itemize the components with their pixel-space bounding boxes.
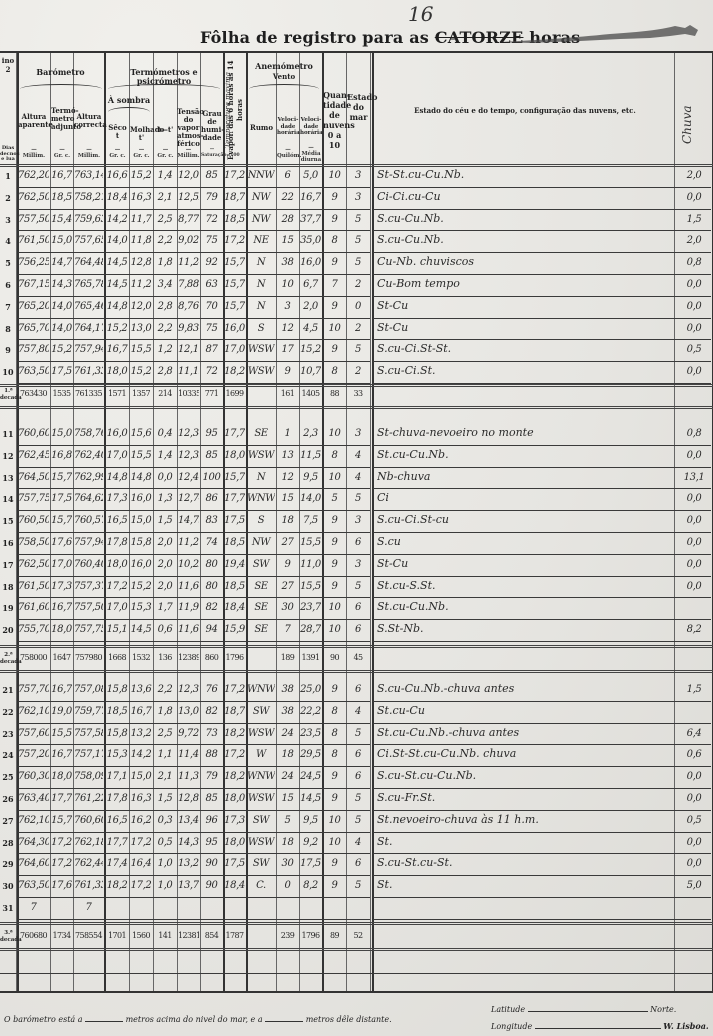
cell-vapor: 13,79 xyxy=(178,879,199,893)
cell-bar-app: 764,60 xyxy=(18,857,49,871)
cell-vel-avg: 35,0 xyxy=(300,234,321,248)
cell-vapor: 12,34 xyxy=(178,427,199,441)
cell-clouds: 9 xyxy=(324,343,345,357)
decade2-summary-hum: 860 xyxy=(201,652,222,664)
header-bottom-border xyxy=(0,164,713,167)
cell-rumo: WNW xyxy=(247,492,275,506)
latitude-label: Latitude xyxy=(491,1005,525,1014)
cell-bar-t: 15,7 xyxy=(51,471,72,485)
cell-diff: 1,8 xyxy=(154,256,176,270)
decade2-summary-dry: 1668 xyxy=(106,652,128,664)
row-rule xyxy=(373,510,711,511)
cell-vel: 9 xyxy=(277,365,298,379)
cell-evap: 17,5 xyxy=(224,514,245,528)
cell-rumo: WSW xyxy=(247,792,275,806)
cell-hum: 80 xyxy=(201,580,222,594)
unit-km: — Quilóm. xyxy=(277,147,299,159)
cell-diff: 2,5 xyxy=(154,213,176,227)
sky-description: S.cu-Cu.Nb. xyxy=(377,233,667,247)
cell-diff: 0,0 xyxy=(154,471,176,485)
cell-vel-avg: 2,0 xyxy=(300,300,321,314)
cell-dry: 14,5 xyxy=(106,256,128,270)
longitude-blank[interactable] xyxy=(535,1020,661,1029)
cell-dry: 15,1 xyxy=(106,623,128,637)
row-rule xyxy=(373,853,711,854)
row-rule xyxy=(373,597,711,598)
cell-vapor: 7,88 xyxy=(178,278,199,292)
cell-bar-corr: 762,99 xyxy=(74,471,103,485)
cell-diff: 2,5 xyxy=(154,727,176,741)
cell-hum: 88 xyxy=(201,748,222,762)
decade3-summary-dry: 1701 xyxy=(106,930,128,942)
decade3-summary-rule xyxy=(0,948,713,951)
cell-bar-t: 14,3 xyxy=(51,278,72,292)
cell-evap: 16,0 xyxy=(224,322,245,336)
cell-diff: 1,8 xyxy=(154,705,176,719)
cell-dry: 15,8 xyxy=(106,683,128,697)
cell-hum: 70 xyxy=(201,300,222,314)
day-number: 30 xyxy=(0,880,16,892)
register-table: ino2Dias decnos e luaBarómetroAltura apa… xyxy=(0,51,713,993)
cell-rumo: WNW xyxy=(247,683,275,697)
longitude-line: Longitude W. Lisboa. xyxy=(491,1020,709,1031)
cell-wet: 17,2 xyxy=(130,879,152,893)
cell-vel: 38 xyxy=(277,705,298,719)
cell-vel: 12 xyxy=(277,471,298,485)
decade1-summary-vel-avg: 1405 xyxy=(300,388,321,400)
cell-hum: 86 xyxy=(201,492,222,506)
cell-bar-t: 16,7 xyxy=(51,683,72,697)
rain-amount: 0,0 xyxy=(676,492,712,506)
cell-vapor: 12,17 xyxy=(178,343,199,357)
cell-hum: 100 xyxy=(201,471,222,485)
cell-wet: 15,2 xyxy=(130,169,152,183)
sky-description: S.cu-Fr.St. xyxy=(377,791,667,805)
cell-sea: 2 xyxy=(347,322,369,336)
row-rule xyxy=(18,832,370,833)
cell-evap: 18,5 xyxy=(224,580,245,594)
cell-clouds: 10 xyxy=(324,471,345,485)
cell-vel-avg: 16,7 xyxy=(300,191,321,205)
cell-hum: 90 xyxy=(201,879,222,893)
cell-dry: 14,2 xyxy=(106,213,128,227)
decade3-summary-hum: 854 xyxy=(201,930,222,942)
cell-evap: 17,7 xyxy=(224,492,245,506)
cell-rumo: SW xyxy=(247,814,275,828)
latitude-line: Latitude Norte. xyxy=(491,1003,676,1014)
cell-bar-app: 757,60 xyxy=(18,727,49,741)
cell-dry: 15,8 xyxy=(106,727,128,741)
cell-bar-app: 761,50 xyxy=(18,580,49,594)
cell-diff: 1,2 xyxy=(154,343,176,357)
row-rule xyxy=(373,897,711,898)
decade2-summary-bar-corr: 757980 xyxy=(74,652,103,664)
cell-bar-t: 17,2 xyxy=(51,836,72,850)
cell-bar-app: 765,20 xyxy=(18,300,49,314)
rain-amount: 0,0 xyxy=(676,836,712,850)
row-rule xyxy=(373,274,711,275)
cell-wet: 14,2 xyxy=(130,748,152,762)
cell-clouds: 9 xyxy=(324,256,345,270)
cell-hum: 82 xyxy=(201,601,222,615)
cell-sea: 6 xyxy=(347,623,369,637)
cell-bar-t: 18,5 xyxy=(51,191,72,205)
cell-hum: 72 xyxy=(201,213,222,227)
cell-rumo: N xyxy=(247,471,275,485)
cell-bar-t: 14,0 xyxy=(51,322,72,336)
cell-clouds: 10 xyxy=(324,623,345,637)
row-rule xyxy=(373,230,711,231)
row-rule xyxy=(18,766,370,767)
cloud-amount-header: Quan-tidade de nuvens 0 a 10 xyxy=(323,90,346,150)
cell-bar-t: 19,0 xyxy=(51,705,72,719)
decade3-summary-vel-avg: 1796 xyxy=(300,930,321,942)
cell-vel: 18 xyxy=(277,514,298,528)
decade2-summary-vel-avg: 1391 xyxy=(300,652,321,664)
cell-wet: 15,0 xyxy=(130,514,152,528)
cell-hum: 96 xyxy=(201,814,222,828)
cell-vel: 15 xyxy=(277,234,298,248)
rain-amount: 0,8 xyxy=(676,427,712,441)
cell-rumo: NW xyxy=(247,213,275,227)
days-label: Dias decnos e lua xyxy=(0,146,16,163)
cell-vel-avg: 8,2 xyxy=(300,879,321,893)
decade1-summary-diff: 214 xyxy=(154,388,176,400)
cell-vel-avg: 15,5 xyxy=(300,580,321,594)
decade1-summary-label: 1.ª decada xyxy=(0,388,17,401)
cell-bar-app: 756,25 xyxy=(18,256,49,270)
row-rule xyxy=(373,832,711,833)
cell-bar-corr: 759,63 xyxy=(74,213,103,227)
cell-vel-avg: 11,5 xyxy=(300,449,321,463)
cell-dry: 15,2 xyxy=(106,322,128,336)
day-number: 19 xyxy=(0,602,16,614)
cell-vel: 18 xyxy=(277,836,298,850)
sky-description: S.cu-St.cu-St. xyxy=(377,856,667,870)
cell-wet: 15,5 xyxy=(130,449,152,463)
decade3-summary-clouds: 89 xyxy=(324,930,345,942)
cell-clouds: 8 xyxy=(324,705,345,719)
cell-dry: 16,7 xyxy=(106,343,128,357)
cell-vapor: 9,72 xyxy=(178,727,199,741)
cell-clouds: 9 xyxy=(324,683,345,697)
day-number: 31 xyxy=(0,902,16,914)
cell-vel-avg: 14,0 xyxy=(300,492,321,506)
cell-diff: 1,3 xyxy=(154,492,176,506)
cell-sea: 5 xyxy=(347,234,369,248)
cell-dry: 17,2 xyxy=(106,580,128,594)
cell-bar-t: 16,7 xyxy=(51,169,72,183)
cell-vapor: 12,89 xyxy=(178,792,199,806)
cell-diff: 2,1 xyxy=(154,770,176,784)
cell-bar-corr: 762,18 xyxy=(74,836,103,850)
cell-vel-avg: 25,0 xyxy=(300,683,321,697)
cell-bar-corr: 758,21 xyxy=(74,191,103,205)
cell-bar-app: 758,50 xyxy=(18,536,49,550)
cell-clouds: 10 xyxy=(324,427,345,441)
cell-clouds: 9 xyxy=(324,558,345,572)
cell-bar-app: 757,50 xyxy=(18,213,49,227)
sky-description: St. xyxy=(377,878,667,892)
cell-wet: 14,8 xyxy=(130,471,152,485)
cell-evap: 15,7 xyxy=(224,300,245,314)
cell-vapor: 11,40 xyxy=(178,748,199,762)
cell-bar-t: 16,7 xyxy=(51,748,72,762)
sky-description: St-St.cu-Cu.Nb. xyxy=(377,168,667,182)
cell-dry: 17,1 xyxy=(106,770,128,784)
cell-vapor: 14,73 xyxy=(178,514,199,528)
humidity-header: Grau de humi-dade xyxy=(201,110,223,142)
cell-vel-avg: 6,7 xyxy=(300,278,321,292)
cell-vel: 9 xyxy=(277,558,298,572)
decade2-summary-clouds: 90 xyxy=(324,652,345,664)
row-rule xyxy=(373,467,711,468)
unit-daily-mean: — Média diurna xyxy=(300,145,322,163)
cell-vel-avg: 7,5 xyxy=(300,514,321,528)
cell-vel: 38 xyxy=(277,256,298,270)
row-rule xyxy=(18,641,370,642)
year-label-top: ino xyxy=(0,57,16,65)
cell-vapor: 13,29 xyxy=(178,857,199,871)
barometer-distance-blank[interactable] xyxy=(265,1013,303,1022)
cell-sea: 4 xyxy=(347,449,369,463)
row-rule xyxy=(373,810,711,811)
row-rule xyxy=(373,318,711,319)
decade3-summary-diff: 141 xyxy=(154,930,176,942)
cell-vel-avg: 37,7 xyxy=(300,213,321,227)
cell-hum: 79 xyxy=(201,770,222,784)
unit-millim: — Millim. xyxy=(18,147,50,159)
cell-hum: 63 xyxy=(201,278,222,292)
cell-wet: 16,0 xyxy=(130,492,152,506)
sky-description: Cu-Nb. chuviscos xyxy=(377,255,667,269)
row-rule xyxy=(373,766,711,767)
cell-vel-avg: 24,5 xyxy=(300,770,321,784)
cell-vapor: 12,33 xyxy=(178,449,199,463)
cell-sea: 5 xyxy=(347,256,369,270)
cell-dry: 18,4 xyxy=(106,191,128,205)
cell-clouds: 10 xyxy=(324,169,345,183)
sky-description: St-chuva-nevoeiro no monte xyxy=(377,426,667,440)
day-number: 14 xyxy=(0,493,16,505)
cell-diff: 2,0 xyxy=(154,536,176,550)
barometer-note-mid: metros acima do nivel do mar, e a xyxy=(126,1015,263,1024)
cell-diff: 0,4 xyxy=(154,427,176,441)
cell-diff: 2,8 xyxy=(154,365,176,379)
cell-vapor: 9,02 xyxy=(178,234,199,248)
cell-sea: 2 xyxy=(347,365,369,379)
decade1-summary-bar-app: 763430 xyxy=(18,388,49,400)
title-prefix: Fôlha de registro para as xyxy=(200,28,429,47)
cell-bar-t: 15,5 xyxy=(51,727,72,741)
cell-dry: 14,0 xyxy=(106,234,128,248)
latitude-blank[interactable] xyxy=(528,1003,648,1012)
cell-rumo: N xyxy=(247,300,275,314)
row-rule xyxy=(373,744,711,745)
rain-amount: 8,2 xyxy=(676,623,712,637)
row-rule xyxy=(373,875,711,876)
sky-description: S.St-Nb. xyxy=(377,622,667,636)
cell-hum: 85 xyxy=(201,449,222,463)
cell-vel: 30 xyxy=(277,857,298,871)
row-rule xyxy=(18,445,370,446)
cell-sea: 3 xyxy=(347,191,369,205)
barometer-corrected-header: Altura correcta xyxy=(74,113,104,129)
cell-vel-avg: 4,5 xyxy=(300,322,321,336)
row-rule xyxy=(373,619,711,620)
cell-evap: 17,2 xyxy=(224,683,245,697)
cell-clouds: 9 xyxy=(324,792,345,806)
column-divider xyxy=(370,51,371,993)
cell-rumo: S xyxy=(247,514,275,528)
cell-evap: 18,4 xyxy=(224,601,245,615)
cell-bar-t: 17,7 xyxy=(51,792,72,806)
cell-bar-corr: 757,58 xyxy=(74,727,103,741)
cell-bar-corr: 757,08 xyxy=(74,683,103,697)
decade3-summary-bar-t: 1734 xyxy=(51,930,72,942)
day-number: 9 xyxy=(0,344,16,356)
cell-bar-app: 761,60 xyxy=(18,601,49,615)
cell-diff: 1,4 xyxy=(154,449,176,463)
unit-grc: — Gr. c. xyxy=(106,147,129,159)
sky-state-header: Estado do céu e do tempo, configuração d… xyxy=(380,107,670,115)
cell-sea: 6 xyxy=(347,770,369,784)
sky-description: St.cu-S.St. xyxy=(377,579,667,593)
cell-bar-corr: 761,33 xyxy=(74,879,103,893)
cell-wet: 13,6 xyxy=(130,683,152,697)
cell-vel: 5 xyxy=(277,814,298,828)
cell-vel: 24 xyxy=(277,727,298,741)
row-rule xyxy=(373,919,711,920)
cell-rumo: N xyxy=(247,278,275,292)
decade3-top-rule xyxy=(0,922,713,925)
rain-amount: 0,6 xyxy=(676,748,712,762)
cell-sea: 4 xyxy=(347,471,369,485)
sky-description: S.cu-Cu.Nb. xyxy=(377,212,667,226)
row-rule xyxy=(18,467,370,468)
cell-vel-avg: 22,2 xyxy=(300,705,321,719)
row-rule xyxy=(373,701,711,702)
cell-vel: 28 xyxy=(277,213,298,227)
cell-vel-avg: 9,5 xyxy=(300,814,321,828)
cell-hum: 79 xyxy=(201,191,222,205)
cell-evap: 18,7 xyxy=(224,191,245,205)
longitude-suffix: W. Lisboa. xyxy=(663,1021,708,1031)
sky-description: St-Cu xyxy=(377,321,667,335)
decade2-summary-rule xyxy=(0,670,713,673)
cell-rumo: S xyxy=(247,322,275,336)
cell-bar-corr: 759,77 xyxy=(74,705,103,719)
cell-evap: 18,7 xyxy=(224,705,245,719)
row-rule xyxy=(18,554,370,555)
decade2-summary-vapor: 12389 xyxy=(178,652,199,664)
wet-bulb-header: Molhado t' xyxy=(130,126,153,142)
sky-description: Ci xyxy=(377,491,667,505)
cell-dry: 18,0 xyxy=(106,365,128,379)
barometer-thermo-header: Termó-metro adjunto xyxy=(51,107,73,131)
decade2-summary-sea: 45 xyxy=(347,652,369,664)
cell-wet: 15,2 xyxy=(130,365,152,379)
cell-clouds: 10 xyxy=(324,322,345,336)
cell-bar-app: 757,20 xyxy=(18,748,49,762)
cell-vel: 6 xyxy=(277,169,298,183)
cell-bar-corr: 757,50 xyxy=(74,601,103,615)
cell-dry: 16,0 xyxy=(106,427,128,441)
cell-bar-app: 760,60 xyxy=(18,427,49,441)
cell-bar-t: 17,5 xyxy=(51,365,72,379)
barometer-apparent-header: Altura aparente xyxy=(18,113,50,129)
cell-evap: 17,5 xyxy=(224,857,245,871)
barometer-height-blank[interactable] xyxy=(85,1013,123,1022)
cell-diff: 1,4 xyxy=(154,169,176,183)
rain-amount: 0,5 xyxy=(676,343,712,357)
ink-smudge-decoration xyxy=(500,24,700,46)
cell-bar-t: 18,0 xyxy=(51,770,72,784)
decade2-summary-diff: 136 xyxy=(154,652,176,664)
rain-amount: 0,0 xyxy=(676,191,712,205)
latitude-suffix: Norte. xyxy=(650,1005,676,1014)
cell-bar-t: 15,0 xyxy=(51,234,72,248)
cell-evap: 18,2 xyxy=(224,365,245,379)
decade3-summary-vel: 239 xyxy=(277,930,298,942)
cell-sea: 2 xyxy=(347,278,369,292)
table-top-border xyxy=(0,51,713,53)
cell-bar-app: 763,40 xyxy=(18,792,49,806)
barometer-brace xyxy=(20,84,102,89)
day-number: 11 xyxy=(0,428,16,440)
cell-rumo: NNW xyxy=(247,169,275,183)
cell-hum: 87 xyxy=(201,343,222,357)
shade-header: À sombra xyxy=(105,96,153,105)
cell-wet: 11,8 xyxy=(130,234,152,248)
row-rule xyxy=(373,187,711,188)
cell-dry: 18,2 xyxy=(106,879,128,893)
cell-bar-t: 16,8 xyxy=(51,449,72,463)
cell-vel: 0 xyxy=(277,879,298,893)
cell-dry: 16,5 xyxy=(106,814,128,828)
row-rule xyxy=(373,576,711,577)
sky-description: S.cu-Ci.St-cu xyxy=(377,513,667,527)
row-rule xyxy=(373,532,711,533)
cell-dry: 14,8 xyxy=(106,300,128,314)
cell-bar-corr: 757,65 xyxy=(74,234,103,248)
sky-description: S.cu-Ci.St. xyxy=(377,364,667,378)
blank-row-rule xyxy=(0,973,713,974)
cell-bar-corr: 757,94 xyxy=(74,343,103,357)
rain-amount: 6,4 xyxy=(676,727,712,741)
cell-bar-app: 760,50 xyxy=(18,514,49,528)
decade1-summary-clouds: 88 xyxy=(324,388,345,400)
dry-bulb-header: Sêco t xyxy=(106,124,129,140)
cell-wet: 16,4 xyxy=(130,857,152,871)
cell-diff: 2,2 xyxy=(154,234,176,248)
cell-wet: 16,3 xyxy=(130,191,152,205)
cell-wet: 16,0 xyxy=(130,558,152,572)
wind-speed-header: Veloci-dade horária xyxy=(277,117,299,137)
decade3-summary-label: 3.ª decada xyxy=(0,930,17,943)
cell-evap: 17,2 xyxy=(224,748,245,762)
column-divider xyxy=(674,51,675,993)
row-rule xyxy=(18,296,370,297)
cell-evap: 18,5 xyxy=(224,213,245,227)
sky-description: S.cu xyxy=(377,535,667,549)
cell-vapor: 11,24 xyxy=(178,256,199,270)
day-number: 18 xyxy=(0,581,16,593)
sky-description: Cu-Bom tempo xyxy=(377,277,667,291)
cell-vel-avg: 17,5 xyxy=(300,857,321,871)
day-number: 2 xyxy=(0,192,16,204)
cell-hum: 80 xyxy=(201,558,222,572)
